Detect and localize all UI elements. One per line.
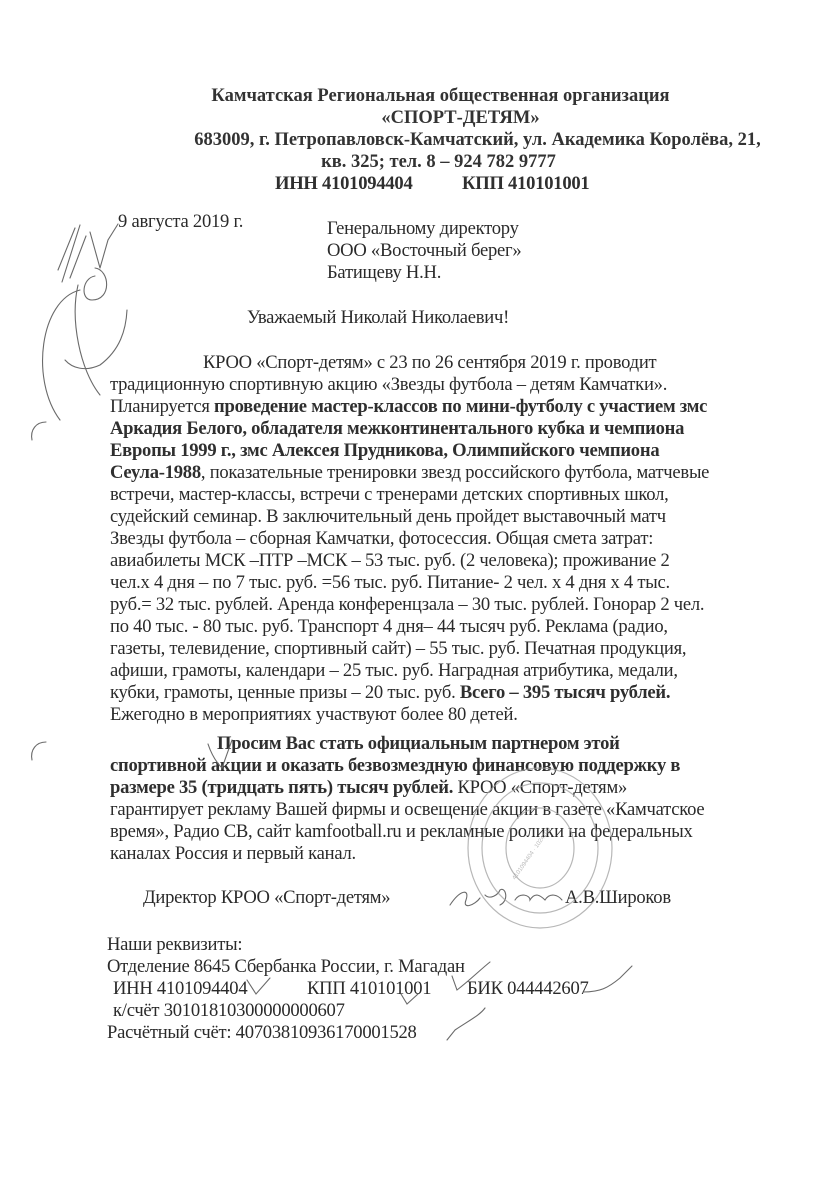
body-line: чел.х 4 дня – по 7 тыс. руб. =56 тыс. ру… [110, 572, 670, 594]
signature-name: А.В.Широков [565, 887, 671, 909]
requisites-kpp: КПП 410101001 [307, 978, 431, 1000]
letterhead-address: 683009, г. Петропавловск-Камчатский, ул.… [63, 129, 829, 151]
body-line: Ежегодно в мероприятиях участвуют более … [110, 704, 518, 726]
body-line: гарантирует рекламу Вашей фирмы и освеще… [110, 799, 704, 821]
requisites-bik: БИК 044442607 [467, 978, 589, 1000]
requisites-corr-account: к/счёт 30101810300000000607 [113, 1000, 345, 1022]
body-line: авиабилеты МСК –ПТР –МСК – 53 тыс. руб. … [110, 550, 670, 572]
letter-date: 9 августа 2019 г. [118, 211, 243, 233]
body-line: Европы 1999 г., змс Алексея Прудникова, … [110, 440, 659, 462]
signature-title: Директор КРОО «Спорт-детям» [143, 887, 390, 909]
requisites-account: Расчётный счёт: 40703810936170001528 [107, 1022, 417, 1044]
addressee-company: ООО «Восточный берег» [327, 240, 521, 262]
body-line: руб.= 32 тыс. рублей. Аренда конференцза… [110, 594, 704, 616]
addressee-name: Батищеву Н.Н. [327, 262, 441, 284]
body-line: встречи, мастер-классы, встречи с тренер… [110, 484, 669, 506]
letterhead-org-name: «СПОРТ-ДЕТЯМ» [46, 107, 829, 129]
body-line: Аркадия Белого, обладателя межконтинента… [110, 418, 684, 440]
body-line: афиши, грамоты, календари – 25 тыс. руб.… [110, 660, 678, 682]
body-line: Сеула-1988, показательные тренировки зве… [110, 462, 709, 484]
letterhead-inn: ИНН 4101094404 [275, 173, 413, 195]
requisites-heading: Наши реквизиты: [107, 934, 242, 956]
body-line: Просим Вас стать официальным партнером э… [217, 733, 620, 755]
letterhead-org-line: Камчатская Региональная общественная орг… [26, 85, 829, 107]
letterhead-address2: кв. 325; тел. 8 – 924 782 9777 [24, 151, 829, 173]
body-line: каналах Россия и первый канал. [110, 843, 356, 865]
body-line: время», Радио СВ, сайт kamfootball.ru и … [110, 821, 693, 843]
body-line: кубки, грамоты, ценные призы – 20 тыс. р… [110, 682, 670, 704]
body-line: КРОО «Спорт-детям» с 23 по 26 сентября 2… [203, 352, 656, 374]
body-line: судейский семинар. В заключительный день… [110, 506, 666, 528]
body-line: Планируется проведение мастер-классов по… [110, 396, 707, 418]
body-line: Звезды футбола – сборная Камчатки, фотос… [110, 528, 653, 550]
addressee-position: Генеральному директору [327, 218, 519, 240]
body-line: по 40 тыс. - 80 тыс. руб. Транспорт 4 дн… [110, 616, 668, 638]
letterhead-kpp: КПП 410101001 [462, 173, 589, 195]
body-line: спортивной акции и оказать безвозмездную… [110, 755, 680, 777]
salutation: Уважаемый Николай Николаевич! [247, 307, 509, 329]
requisites-inn: ИНН 4101094404 [113, 978, 247, 1000]
body-line: размере 35 (тридцать пять) тысяч рублей.… [110, 777, 627, 799]
body-line: газеты, телевидение, спортивный сайт) – … [110, 638, 686, 660]
body-line: традиционную спортивную акцию «Звезды фу… [110, 374, 667, 396]
requisites-bank: Отделение 8645 Сбербанка России, г. Мага… [107, 956, 465, 978]
